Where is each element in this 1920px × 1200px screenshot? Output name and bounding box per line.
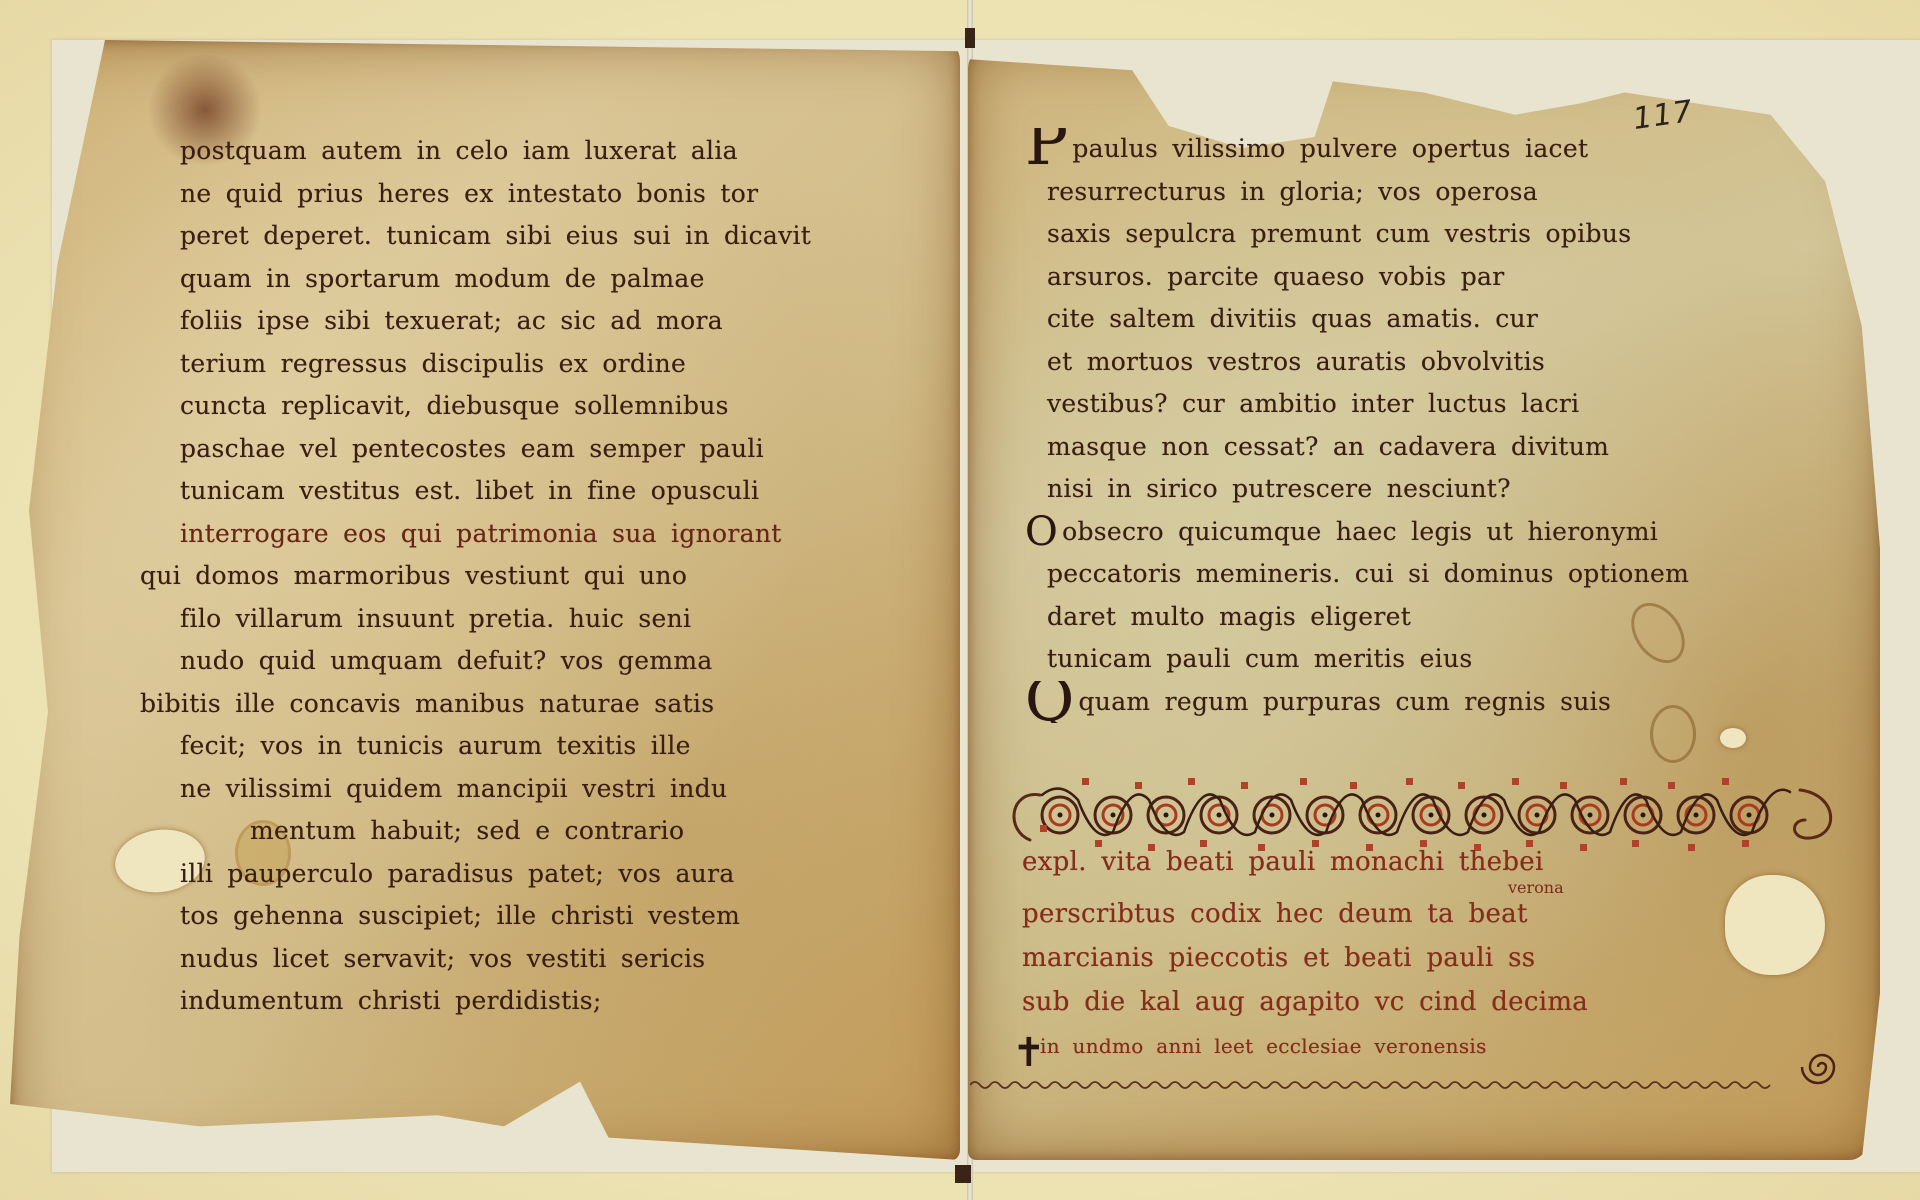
text-line: cuncta replicavit, diebusque sollemnibus — [180, 385, 940, 428]
text-line: nudus licet servavit; vos vestiti serici… — [180, 938, 940, 981]
text-line: mentum habuit; sed e contrario — [180, 810, 940, 853]
text-line: Qquam regum purpuras cum regnis suis — [1025, 681, 1845, 724]
text-line: quam in sportarum modum de palmae — [180, 258, 940, 301]
text-line: arsuros. parcite quaeso vobis par — [1025, 256, 1845, 299]
text-line: ne vilissimi quidem mancipii vestri indu — [180, 768, 940, 811]
text-line: qui domos marmoribus vestiunt qui uno — [140, 555, 940, 598]
text-line: daret multo magis eligeret — [1025, 596, 1845, 639]
parchment-hole — [1720, 728, 1746, 748]
colophon-line: in undmo anni leet ecclesiae veronensis — [1022, 1024, 1782, 1068]
text-line: peret deperet. tunicam sibi eius sui in … — [180, 215, 940, 258]
text-line: fecit; vos in tunicis aurum texitis ille — [180, 725, 940, 768]
decorative-squiggle-line-icon — [970, 1078, 1830, 1092]
text-line: paschae vel pentecostes eam semper pauli — [180, 428, 940, 471]
text-line: bibitis ille concavis manibus naturae sa… — [140, 683, 940, 726]
text-line: saxis sepulcra premunt cum vestris opibu… — [1025, 213, 1845, 256]
text-line: illi pauperculo paradisus patet; vos aur… — [180, 853, 940, 896]
colophon-line: sub die kal aug agapito vc cind decima — [1022, 980, 1782, 1024]
text-line: terium regressus discipulis ex ordine — [180, 343, 940, 386]
mount-clip-bottom — [955, 1165, 971, 1183]
explicit-line: expl. vita beati pauli monachi thebei — [1022, 840, 1782, 884]
text-line: vestibus? cur ambitio inter luctus lacri — [1025, 383, 1845, 426]
initial-letter: O — [1025, 511, 1058, 553]
text-line: foliis ipse sibi texuerat; ac sic ad mor… — [180, 300, 940, 343]
colophon-line: marcianis pieccotis et beati pauli ss — [1022, 936, 1782, 980]
text-line: ne quid prius heres ex intestato bonis t… — [180, 173, 940, 216]
text-line: resurrecturus in gloria; vos operosa — [1025, 171, 1845, 214]
text-line: postquam autem in celo iam luxerat alia — [180, 130, 940, 173]
text-line: nudo quid umquam defuit? vos gemma — [180, 640, 940, 683]
text-line: peccatoris memineris. cui si dominus opt… — [1025, 553, 1845, 596]
cross-icon: ✝ — [1012, 1030, 1046, 1076]
spiral-flourish-icon — [1800, 1045, 1844, 1089]
text-line: cite saltem divitiis quas amatis. cur — [1025, 298, 1845, 341]
right-page-text: Ppaulus vilissimo pulvere opertus iacet … — [1025, 128, 1845, 723]
initial-letter: Q — [1025, 681, 1075, 721]
mount-clip-top — [965, 28, 975, 48]
text-line: tunicam vestitus est. libet in fine opus… — [180, 470, 940, 513]
text-line: Oobsecro quicumque haec legis ut hierony… — [1025, 511, 1845, 554]
left-page-text: postquam autem in celo iam luxerat alia … — [180, 130, 940, 1023]
text-line: nisi in sirico putrescere nesciunt? — [1025, 468, 1845, 511]
text-line-rubric: interrogare eos qui patrimonia sua ignor… — [180, 513, 940, 556]
text-line: indumentum christi perdidistis; — [180, 980, 940, 1023]
text-line: tunicam pauli cum meritis eius — [1025, 638, 1845, 681]
text-line: masque non cessat? an cadavera divitum — [1025, 426, 1845, 469]
initial-letter: P — [1025, 128, 1068, 164]
text-line: Ppaulus vilissimo pulvere opertus iacet — [1025, 128, 1845, 171]
colophon: expl. vita beati pauli monachi thebei pe… — [1022, 840, 1782, 1068]
text-line: filo villarum insuunt pretia. huic seni — [180, 598, 940, 641]
colophon-line: perscribtus codix hec deum ta beat — [1022, 892, 1782, 936]
text-line: tos gehenna suscipiet; ille christi vest… — [180, 895, 940, 938]
text-line: et mortuos vestros auratis obvolvitis — [1025, 341, 1845, 384]
